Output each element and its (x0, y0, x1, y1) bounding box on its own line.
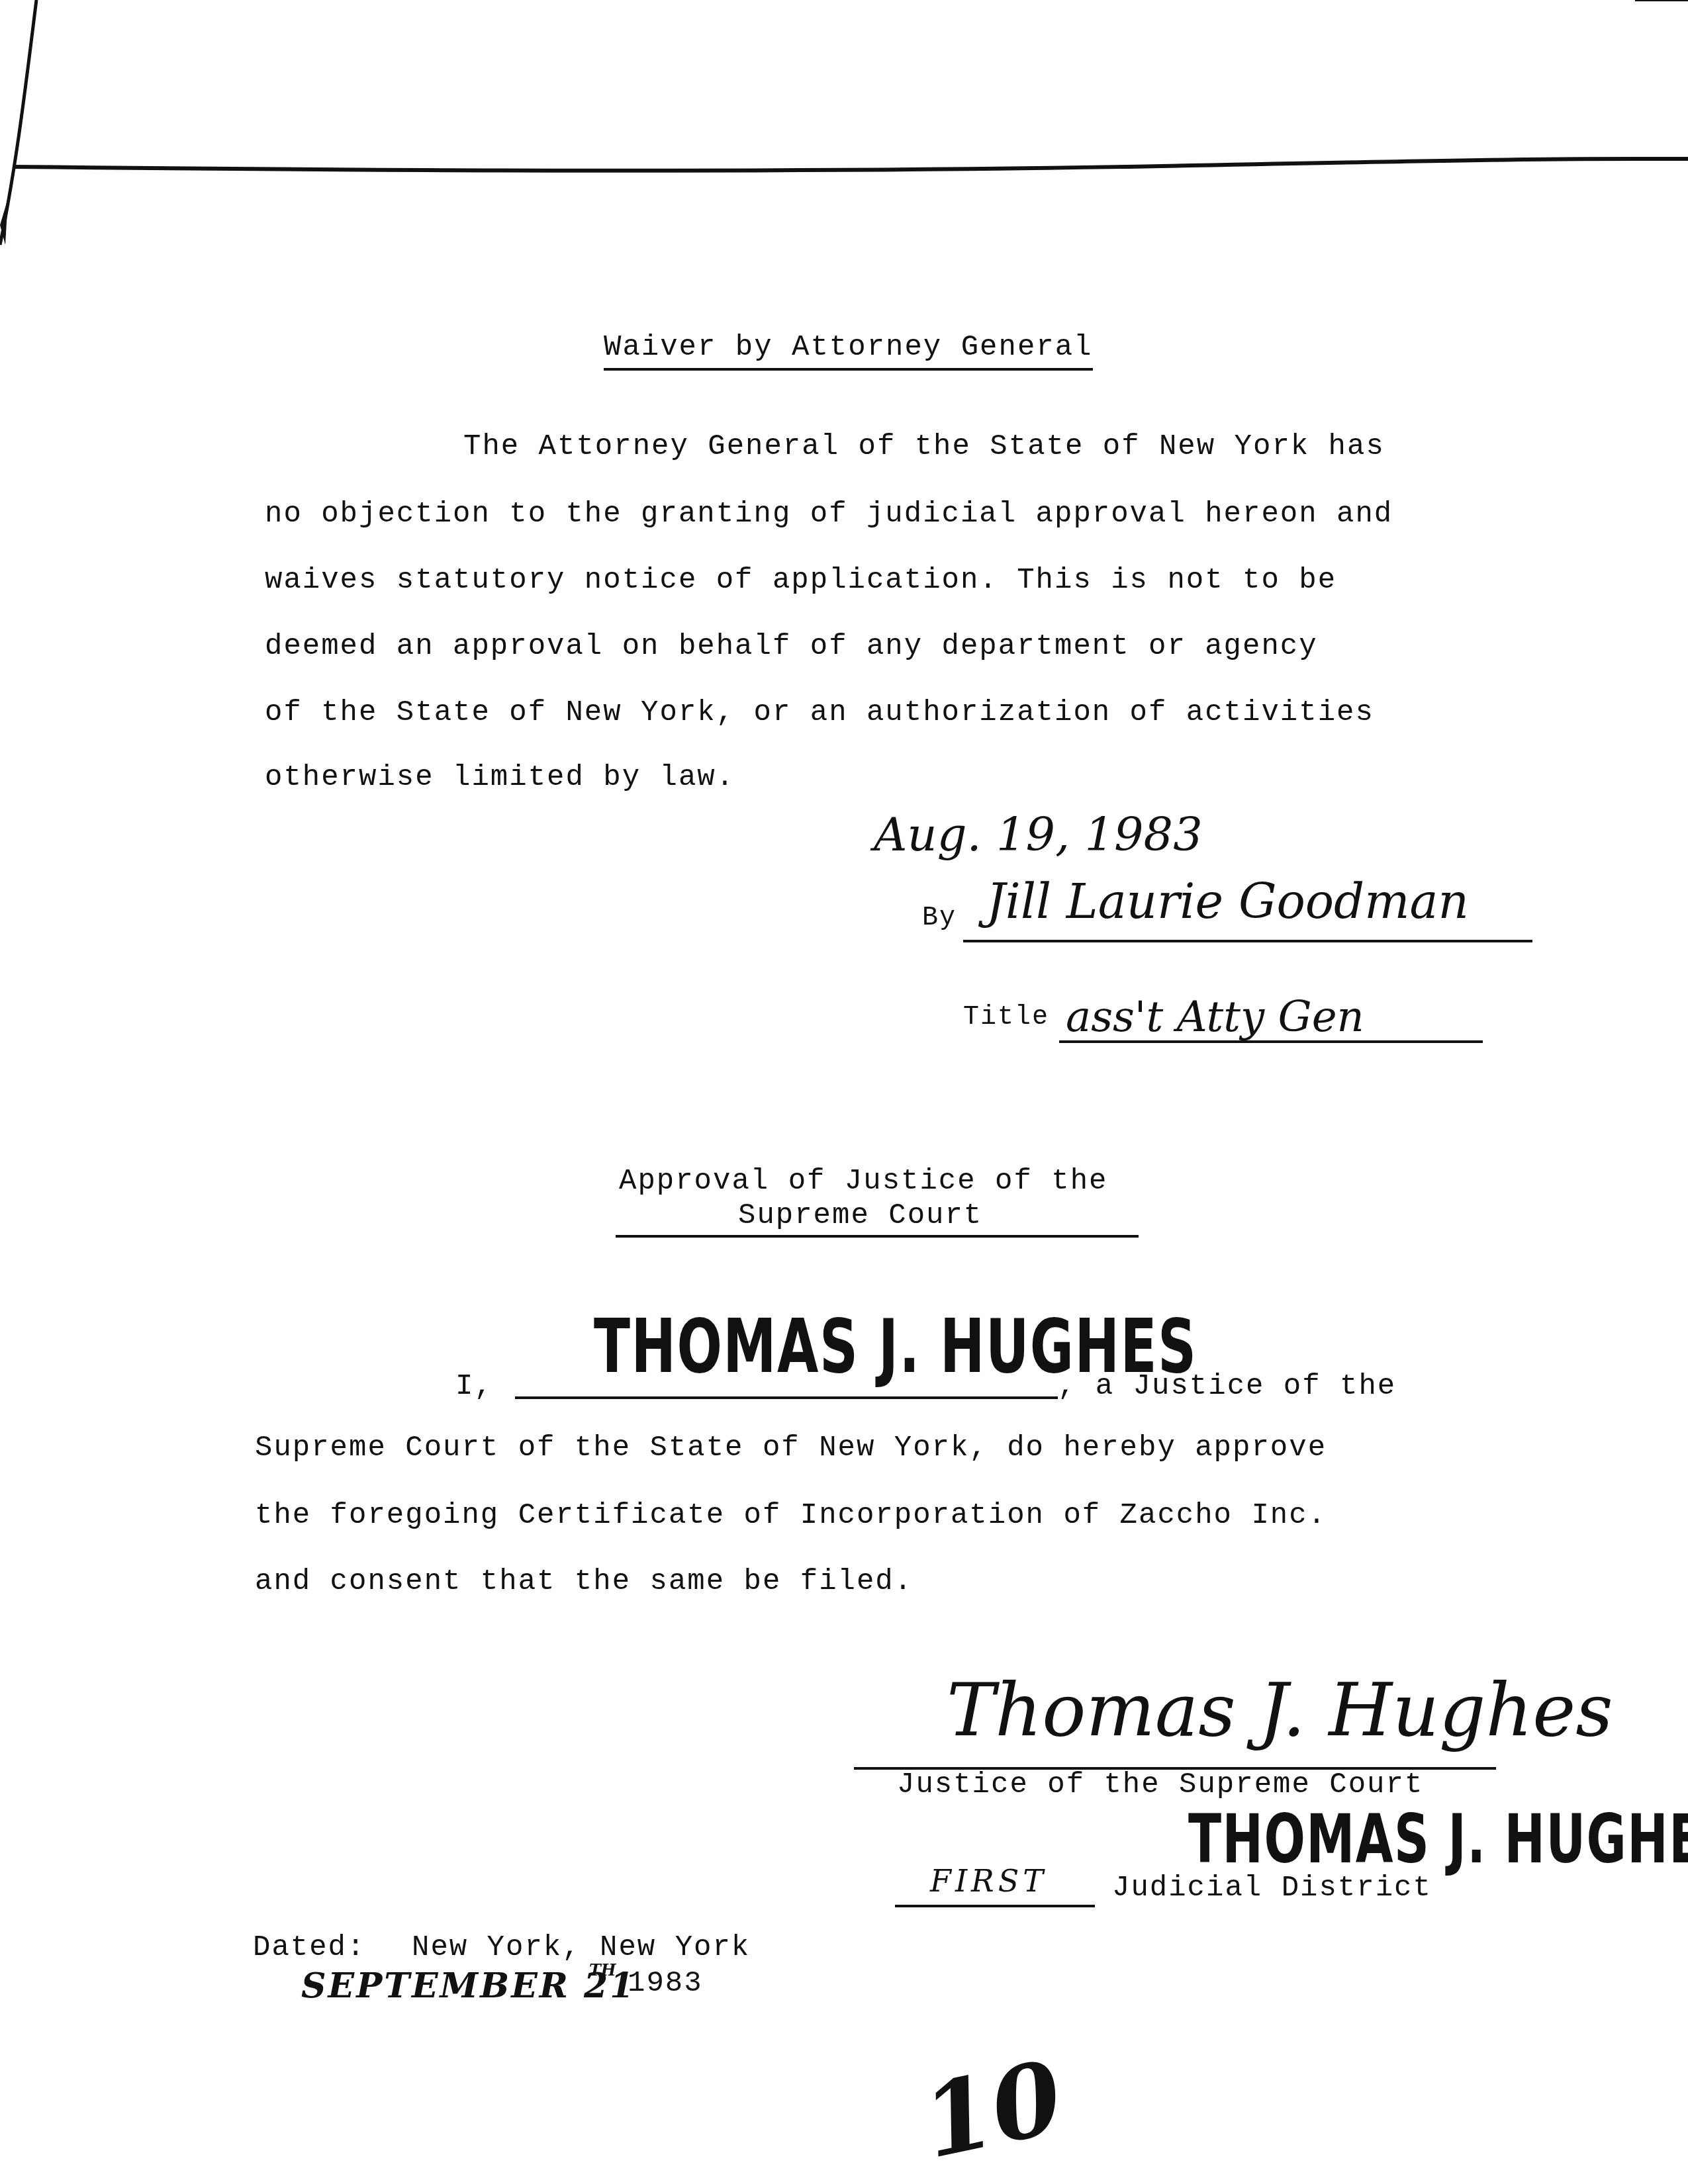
dated-label: Dated: (253, 1931, 365, 1964)
approval-heading-line-1: Approval of Justice of the (619, 1165, 1108, 1198)
waiver-line-5: of the State of New York, or an authoriz… (265, 696, 1374, 729)
approval-heading-underline (616, 1235, 1139, 1238)
signature-line (963, 940, 1532, 942)
district-line (895, 1905, 1095, 1907)
attorney-signature: Jill Laurie Goodman (986, 874, 1469, 929)
waiver-line-1: The Attorney General of the State of New… (463, 430, 1385, 463)
justice-signature-stamp: THOMAS J. HUGHES (1188, 1800, 1688, 1879)
title-label: Title (963, 1003, 1049, 1032)
justice-signature: Thomas J. Hughes (947, 1668, 1613, 1752)
dated-place: New York, New York (412, 1931, 750, 1964)
attorney-title: ass't Atty Gen (1066, 993, 1364, 1042)
by-label: By (922, 903, 957, 933)
dated-handwritten-date: SEPTEMBER 21 (301, 1966, 635, 2006)
district-value: FIRST (930, 1863, 1047, 1899)
title-line (1059, 1040, 1483, 1043)
waiver-heading: Waiver by Attorney General (604, 331, 1093, 371)
approval-heading-line-2: Supreme Court (738, 1199, 982, 1232)
waiver-signed-date: Aug. 19, 1983 (874, 807, 1203, 862)
signature-caption: Justice of the Supreme Court (897, 1768, 1423, 1801)
district-label: Judicial District (1112, 1872, 1432, 1905)
approval-suffix: , a Justice of the (1058, 1370, 1396, 1403)
dated-year: 1983 (628, 1967, 703, 2000)
waiver-line-6: otherwise limited by law. (265, 761, 735, 794)
waiver-line-4: deemed an approval on behalf of any depa… (265, 630, 1318, 663)
page-mark: 10 (913, 2038, 1072, 2181)
waiver-line-3: waives statutory notice of application. … (265, 564, 1336, 597)
waiver-line-2: no objection to the granting of judicial… (265, 498, 1393, 531)
approval-line-1: Supreme Court of the State of New York, … (255, 1432, 1327, 1465)
approval-prefix: I, (455, 1370, 493, 1403)
dated-suffix: TH (589, 1960, 616, 1979)
approval-line-2: the foregoing Certificate of Incorporati… (255, 1499, 1327, 1532)
approval-line-3: and consent that the same be filed. (255, 1565, 913, 1598)
justice-name-line (515, 1396, 1058, 1399)
